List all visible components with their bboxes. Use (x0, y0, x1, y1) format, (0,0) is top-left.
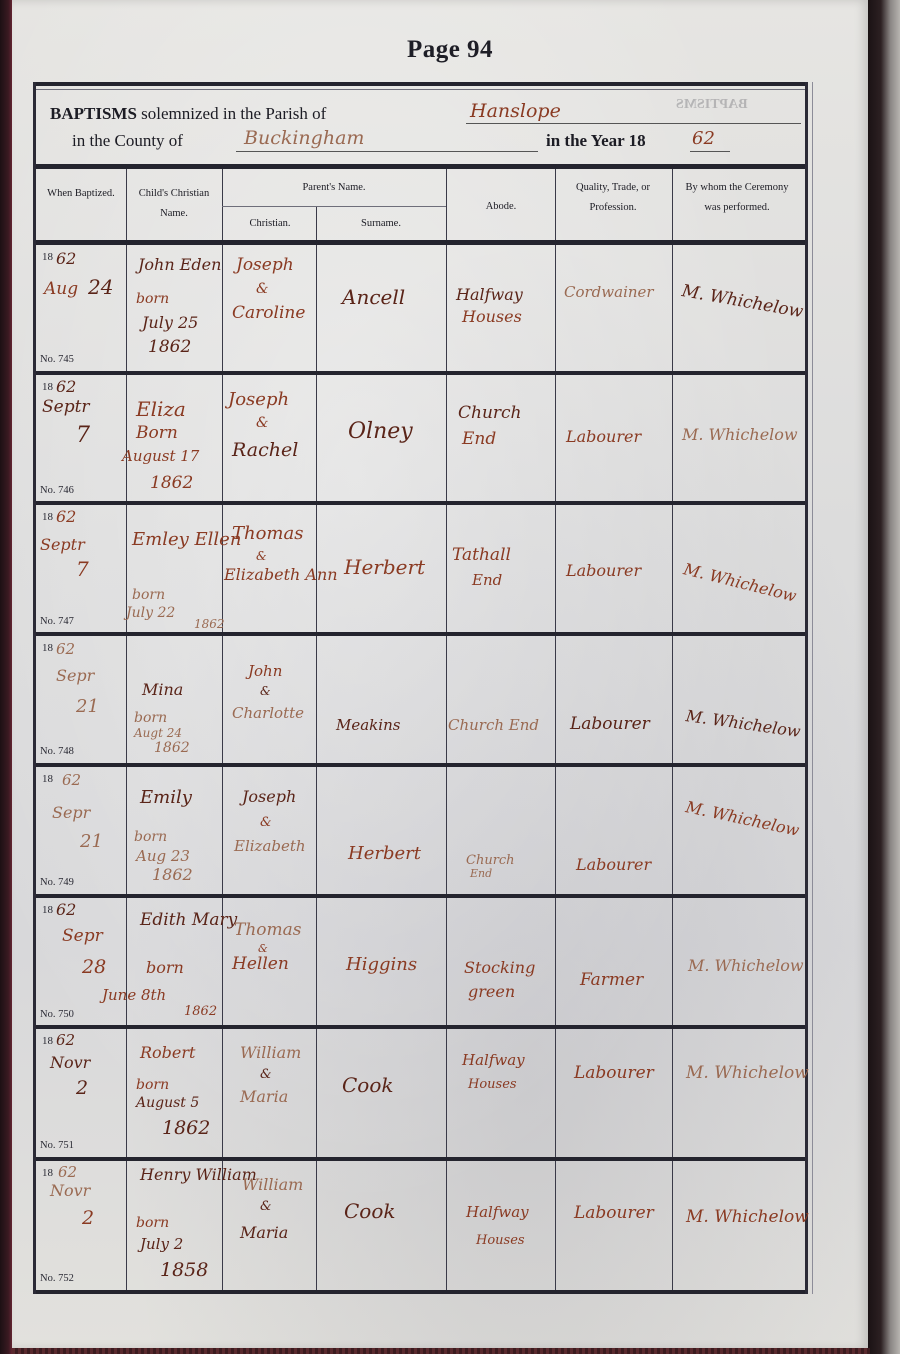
year-prefix: 18 (42, 511, 53, 523)
surname: Ancell (342, 285, 405, 309)
birth-date: July 25 (142, 313, 198, 332)
parent-mother: Elizabeth (234, 837, 306, 855)
surname: Cook (344, 1199, 396, 1223)
quality: Cordwainer (564, 283, 654, 301)
register-entry: 18 62 Septr 7 Emley Ellen born July 22 1… (36, 505, 805, 631)
baptism-month: Sepr (62, 926, 103, 946)
parent-father: Joseph (242, 787, 296, 806)
parent-ampersand: & (256, 415, 268, 431)
baptism-month: Sepr (52, 803, 90, 822)
abode-line1: Tathall (452, 545, 511, 565)
abode-line1: Church End (448, 716, 539, 734)
entry-number: No. 752 (40, 1273, 74, 1284)
parents-subheader-rule (222, 206, 446, 207)
birth-year: 1862 (148, 337, 191, 357)
parent-mother: Maria (240, 1087, 288, 1106)
birth-year: 1862 (152, 865, 193, 884)
register-entry: 18 62 Sepr 28 Edith Mary born June 8th 1… (36, 898, 805, 1024)
baptism-year: 62 (56, 249, 76, 268)
abode-line2: End (462, 429, 496, 449)
birth-date: August 5 (136, 1095, 199, 1111)
parent-mother: Rachel (232, 439, 298, 461)
bleed-through-text: BAPTISMS (676, 97, 748, 113)
birth-date: Augt 24 (134, 726, 182, 740)
birth-date: July 22 (126, 605, 175, 621)
ceremony-minister: M. Whichelow (682, 559, 799, 605)
born-label: born (132, 587, 165, 603)
quality: Labourer (576, 855, 651, 874)
baptism-day: 21 (76, 696, 99, 717)
baptism-year: 62 (56, 1031, 75, 1049)
abode-line2: green (468, 982, 515, 1001)
abode-line2: Houses (468, 1077, 517, 1092)
county-label: in the County of (72, 131, 183, 150)
birth-date: June 8th (102, 986, 166, 1004)
year-prefix: 18 (42, 381, 53, 393)
baptism-year: 62 (56, 640, 75, 658)
birth-year: 1862 (184, 1004, 217, 1019)
child-name: John Eden (138, 255, 221, 274)
baptism-month: Novr (50, 1053, 90, 1072)
surname: Olney (348, 419, 413, 444)
baptism-year: 62 (56, 900, 76, 919)
entry-number: No. 751 (40, 1140, 74, 1151)
quality: Farmer (580, 970, 643, 990)
baptism-month: Sepr (56, 666, 94, 685)
surname: Cook (342, 1073, 394, 1097)
entry-number: No. 750 (40, 1009, 74, 1020)
born-label: born (136, 291, 169, 307)
year-fill-line (690, 151, 730, 152)
abode-line1: Halfway (462, 1051, 525, 1069)
surname: Higgins (346, 954, 417, 975)
parish-name: Hanslope (470, 100, 561, 122)
colhead-ceremony: By whom the Ceremony was performed. (684, 178, 790, 218)
title-rest: solemnized in the Parish of (141, 104, 326, 123)
birth-date: August 17 (122, 447, 199, 465)
parent-mother: Caroline (232, 303, 305, 323)
baptism-day: 2 (82, 1207, 94, 1229)
parent-father: William (240, 1043, 301, 1062)
child-name: Emley Ellen (132, 529, 241, 550)
register-title: BAPTISMS solemnized in the Parish of (50, 104, 326, 124)
born-label: born (136, 1215, 169, 1231)
baptism-day: 21 (80, 831, 103, 852)
register-entry: 18 62 Sepr 21 Emily born Aug 23 1862 Jos… (36, 767, 805, 893)
parent-ampersand: & (260, 815, 272, 830)
parent-ampersand: & (256, 281, 268, 297)
year-prefix: 18 (42, 1035, 53, 1047)
top-rule (36, 82, 805, 86)
top-thin-rule (36, 89, 805, 90)
ceremony-minister: M. Whichelow (680, 281, 804, 322)
colhead-quality: Quality, Trade, or Profession. (567, 178, 659, 218)
baptism-day: 28 (82, 956, 106, 978)
county-fill-line (236, 151, 538, 152)
baptism-year: 62 (56, 507, 76, 526)
child-name: Emily (140, 787, 192, 808)
parent-father: Joseph (236, 255, 294, 275)
entry-number: No. 745 (40, 354, 74, 365)
birth-year: 1858 (160, 1259, 208, 1281)
birth-date: Aug 23 (136, 847, 190, 865)
baptism-day: 7 (76, 557, 89, 581)
quality: Labourer (574, 1063, 654, 1083)
frame-inner-rule (812, 82, 813, 1294)
parish-fill-line (466, 123, 801, 124)
quality: Labourer (574, 1203, 654, 1223)
year-prefix: 18 (42, 642, 53, 654)
parent-father: Thomas (234, 920, 302, 940)
born-label: Born (136, 423, 178, 443)
birth-year: 1862 (154, 740, 190, 756)
entry-number: No. 749 (40, 877, 74, 888)
entry-number: No. 748 (40, 746, 74, 757)
year-prefix: 18 (42, 773, 53, 785)
parent-father: Thomas (232, 523, 303, 544)
child-name: Mina (142, 680, 183, 699)
abode-line2: End (472, 571, 502, 589)
abode-line1: Halfway (466, 1203, 529, 1221)
ceremony-minister: M. Whichelow (688, 956, 804, 975)
born-label: born (146, 958, 184, 977)
quality: Labourer (570, 714, 650, 734)
page-bottom-edge (12, 1348, 870, 1354)
year-line: in the Year 18 (546, 131, 646, 151)
surname: Herbert (348, 843, 421, 864)
baptism-month: Septr (42, 397, 90, 417)
quality: Labourer (566, 561, 641, 580)
colhead-parents-name: Parent's Name. (224, 178, 444, 198)
birth-year: 1862 (150, 473, 193, 493)
abode-line2: Houses (462, 307, 522, 326)
baptism-month: Septr (40, 535, 85, 554)
parent-ampersand: & (260, 1067, 272, 1082)
parent-ampersand: & (260, 1199, 272, 1214)
bottom-rule (36, 1290, 805, 1294)
year-suffix: 62 (692, 128, 715, 149)
birth-year: 1862 (162, 1117, 210, 1139)
parent-father: John (248, 662, 282, 680)
parent-father: William (242, 1175, 303, 1194)
parent-mother: Maria (240, 1223, 288, 1242)
register-entry: 18 62 Novr 2 Henry William born July 2 1… (36, 1161, 805, 1289)
register-entry: 18 62 Novr 2 Robert born August 5 1862 W… (36, 1029, 805, 1156)
child-name: Edith Mary (140, 910, 237, 930)
parent-mother: Hellen (232, 954, 289, 974)
born-label: born (134, 829, 167, 845)
quality: Labourer (566, 427, 641, 446)
register-entry: 18 62 Septr 7 Eliza Born August 17 1862 … (36, 375, 805, 501)
baptism-day: 7 (76, 423, 90, 448)
ceremony-minister: M. Whichelow (682, 425, 798, 444)
colhead-parent-surname: Surname. (318, 214, 444, 234)
title-bold: BAPTISMS (50, 104, 137, 123)
parent-mother: Charlotte (232, 704, 304, 722)
baptism-month: Novr (50, 1181, 90, 1200)
parent-ampersand: & (260, 684, 271, 698)
birth-year: 1862 (194, 617, 225, 631)
birth-date: July 2 (140, 1235, 183, 1253)
baptism-year: 62 (58, 1163, 77, 1181)
colhead-abode: Abode. (448, 197, 554, 217)
baptism-day: 2 (76, 1077, 88, 1099)
ceremony-minister: M. Whichelow (686, 1063, 809, 1083)
abode-line2: End (470, 867, 492, 880)
parent-father: Joseph (228, 389, 289, 410)
year-prefix: 18 (42, 904, 53, 916)
abode-line1: Church (458, 403, 522, 423)
header-bottom-rule (36, 164, 805, 169)
ceremony-minister: M. Whichelow (685, 706, 802, 741)
entry-number: No. 746 (40, 485, 74, 496)
abode-line1: Halfway (456, 285, 523, 304)
baptism-day: 24 (88, 275, 113, 299)
entry-number: No. 747 (40, 616, 74, 627)
baptism-year: 62 (56, 377, 76, 396)
county-line: in the County of (72, 131, 183, 151)
surname: Herbert (344, 555, 425, 579)
parent-mother: Elizabeth Ann (224, 565, 338, 584)
abode-line2: Houses (476, 1233, 525, 1248)
register-entry: 18 62 Aug 24 John Eden born July 25 1862… (36, 245, 805, 371)
abode-line1: Stocking (464, 958, 535, 977)
book-binding-right (868, 0, 900, 1354)
county-name: Buckingham (244, 127, 364, 149)
child-name: Henry William (140, 1165, 257, 1184)
born-label: born (134, 710, 167, 726)
year-label: in the Year 18 (546, 131, 646, 150)
surname: Meakins (336, 716, 400, 734)
abode-line1: Church (466, 853, 515, 868)
baptism-year: 62 (62, 771, 81, 789)
register-entry: 18 62 Sepr 21 Mina born Augt 24 1862 Joh… (36, 636, 805, 762)
parent-ampersand: & (256, 549, 267, 563)
born-label: born (136, 1077, 169, 1093)
child-name: Eliza (136, 397, 186, 421)
ceremony-minister: M. Whichelow (684, 797, 801, 840)
colhead-parent-christian: Christian. (224, 214, 316, 234)
colhead-when-baptized: When Baptized. (38, 184, 124, 204)
ceremony-minister: M. Whichelow (686, 1207, 809, 1227)
child-name: Robert (140, 1043, 195, 1062)
year-prefix: 18 (42, 1167, 53, 1179)
baptism-month: Aug (44, 279, 78, 299)
colhead-child-name: Child's Christian Name. (128, 184, 220, 224)
page-number: Page 94 (0, 36, 900, 64)
year-prefix: 18 (42, 251, 53, 263)
